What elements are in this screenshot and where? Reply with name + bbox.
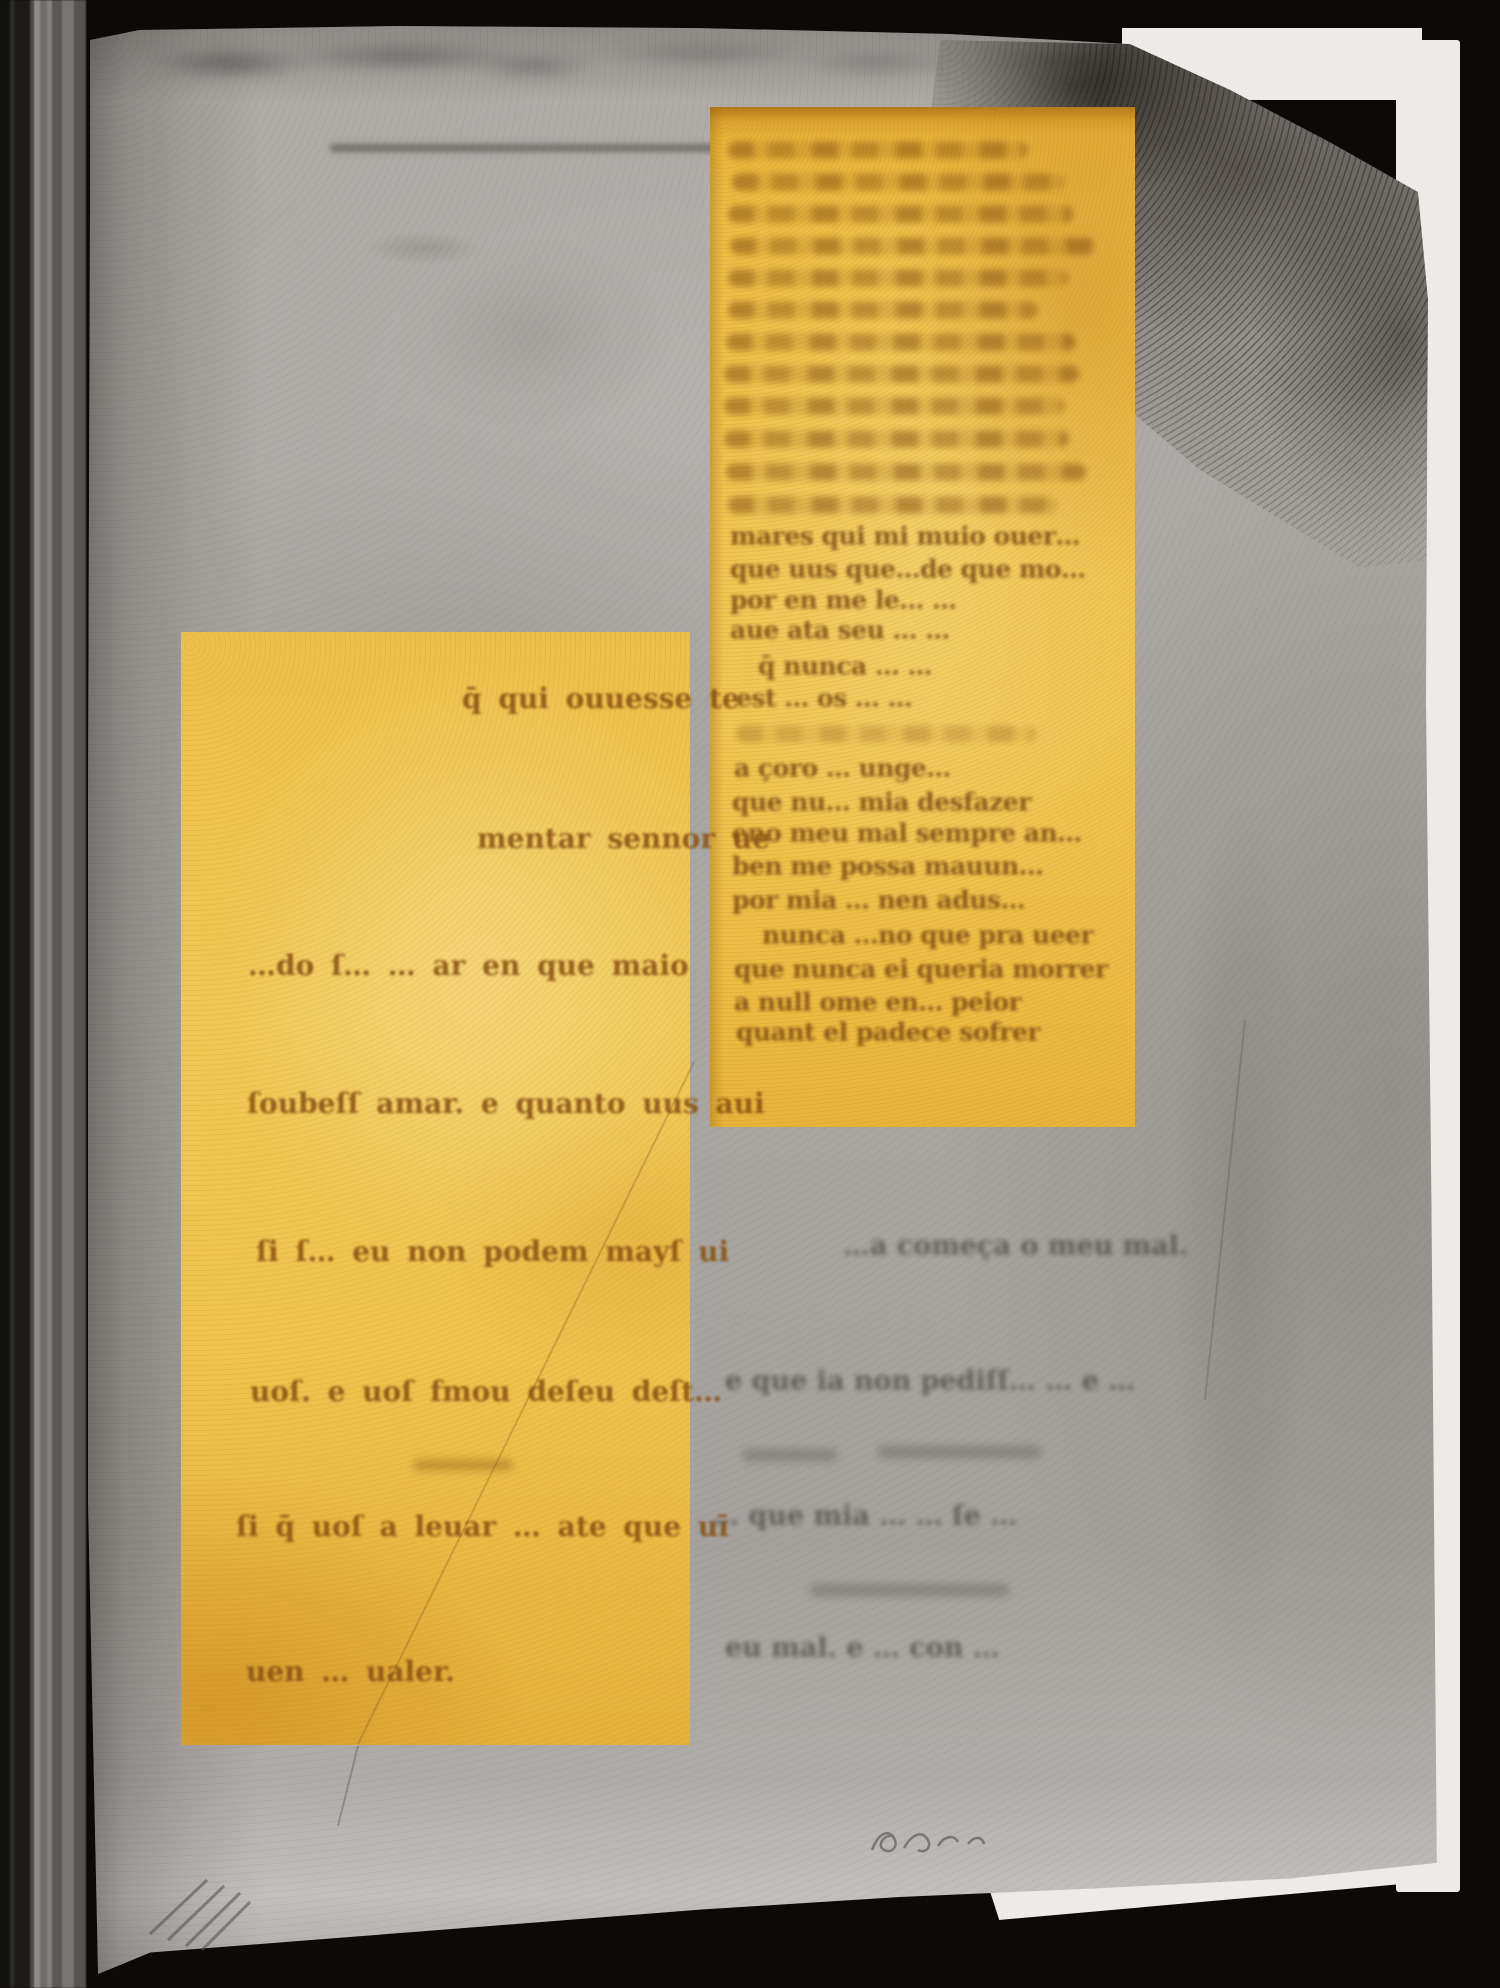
illegible-smudge-line <box>724 431 1069 448</box>
manuscript-text-line: que nu… mia desfazer <box>732 787 1031 816</box>
manuscript-text-line: por mia … nen adus… <box>732 885 1025 914</box>
illegible-smudge-line <box>736 726 1036 743</box>
manuscript-text-line: eno meu mal sempre an… <box>732 818 1082 847</box>
ghost-text-line: … que mia … … ſe … <box>712 1500 1017 1531</box>
manuscript-text-line: a null ome en… peior <box>734 987 1021 1016</box>
illegible-smudge-line <box>732 174 1067 191</box>
manuscript-text-line: a çoro … unge… <box>734 753 951 782</box>
illegible-smudge-line <box>810 1584 1010 1597</box>
manuscript-text-line: uoſ. e uoſ fmou deſeu deſt… <box>250 1375 722 1408</box>
manuscript-text-line: q̄ nunca … … <box>758 651 932 680</box>
illegible-smudge-line <box>730 238 1095 255</box>
illegible-smudge-line <box>724 398 1064 415</box>
manuscript-text-line: mentar sennor ue <box>477 822 770 855</box>
manuscript-text-line: mares qui mi muio ouer… <box>730 521 1080 550</box>
illegible-smudge-line <box>742 1449 837 1462</box>
illegible-smudge-line <box>728 206 1073 223</box>
illegible-smudge-line <box>728 142 1028 159</box>
illegible-smudge-line <box>728 270 1068 287</box>
manuscript-text-line: que nunca ei queria morrer <box>734 954 1108 983</box>
illegible-smudge-line <box>728 497 1058 514</box>
manuscript-text-line: nunca …no que pra ueer <box>762 920 1093 949</box>
manuscript-text-line: ben me possa mauun… <box>732 851 1043 880</box>
manuscript-text-line: quant el padece sofrer <box>736 1017 1040 1046</box>
ghost-text-line: …a começa o meu mal. <box>843 1230 1188 1261</box>
illegible-smudge-line <box>877 1446 1042 1459</box>
manuscript-text-line: ſi q̄ uoſ a leuar … ate que uī <box>236 1510 729 1543</box>
manuscript-text-line: est … os … … <box>736 683 912 712</box>
manuscript-photo: mares qui mi muio ouer…que uus que…de qu… <box>0 0 1500 1988</box>
manuscript-text-line: ſi ſ… eu non podem mayſ ui <box>256 1235 729 1268</box>
illegible-smudge-line <box>413 1460 513 1471</box>
manuscript-text-line: uen … ualer. <box>246 1655 455 1688</box>
manuscript-text-line: …do ſ… … ar en que maio <box>248 949 689 982</box>
ghost-text-line: e que ia non pediſſ… … e … <box>725 1365 1135 1396</box>
manuscript-text-line: q̄ qui ouuesse te <box>462 682 740 715</box>
illegible-smudge-line <box>724 366 1079 383</box>
ghost-text-line: eu mal. e … con … <box>725 1632 1000 1663</box>
illegible-smudge-line <box>726 334 1076 351</box>
manuscript-text-line: por en me le… … <box>730 585 956 614</box>
manuscript-text-line: aue ata seu … … <box>730 615 950 644</box>
manuscript-text-line: ſoubeſſ amar. e quanto uus aui <box>247 1087 765 1120</box>
manuscript-text-line: que uus que…de que mo… <box>730 554 1085 583</box>
illegible-smudge-line <box>726 464 1086 481</box>
text-layer: mares qui mi muio ouer…que uus que…de qu… <box>0 0 1500 1988</box>
illegible-smudge-line <box>728 302 1038 319</box>
